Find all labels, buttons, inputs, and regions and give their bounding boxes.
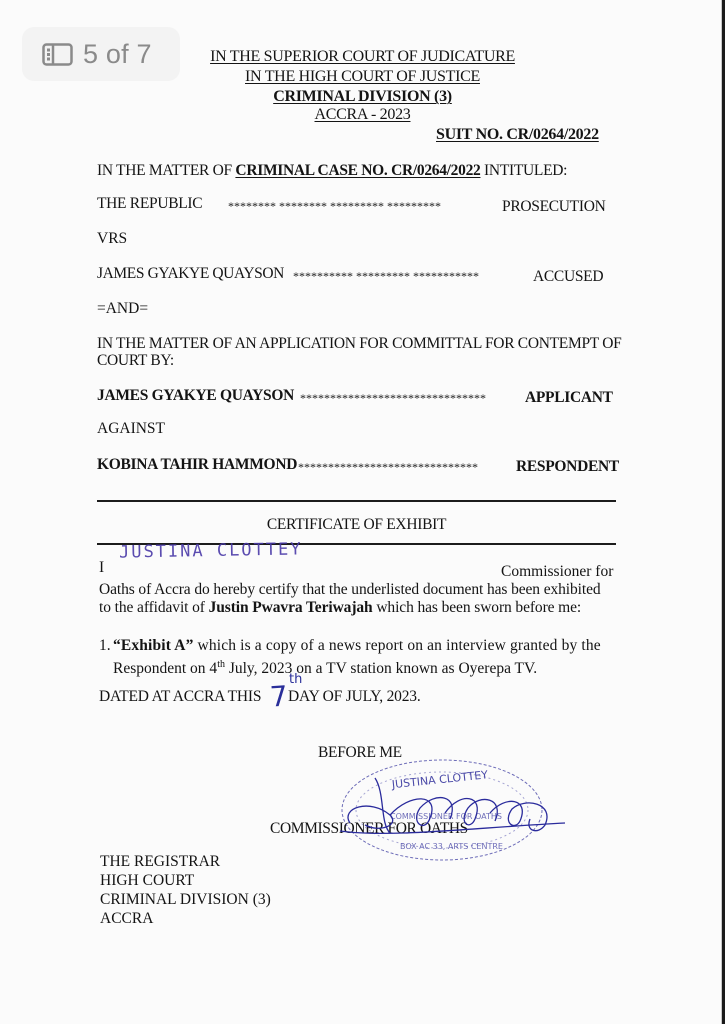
- applicant-name: JAMES GYAKYE QUAYSON: [97, 387, 294, 405]
- dated-suffix: DAY OF JULY, 2023.: [288, 688, 421, 706]
- exhibit-line-2: Respondent on 4th July, 2023 on a TV sta…: [113, 656, 537, 678]
- prosecution-role: PROSECUTION: [502, 198, 606, 216]
- prosecution-name: THE REPUBLIC: [97, 195, 202, 213]
- certificate-i: I: [99, 559, 104, 577]
- suit-number: SUIT NO. CR/0264/2022: [436, 126, 599, 144]
- exhibit-date-superscript: th: [217, 659, 225, 670]
- applicant-stars: *******************************: [300, 389, 486, 407]
- signature-scribble: [340, 778, 565, 833]
- commissioner-name-stamp: JUSTINA CLOTTEY: [119, 539, 303, 562]
- exhibit-label: “Exhibit A”: [113, 637, 193, 654]
- commissioner-for-label: Commissioner for: [501, 563, 613, 581]
- division-title: CRIMINAL DIVISION (3): [0, 88, 725, 106]
- dated-prefix: DATED AT ACCRA THIS: [99, 688, 261, 706]
- respondent-name: KOBINA TAHIR HAMMOND: [97, 456, 297, 474]
- commissioner-seal-stamp: JUSTINA CLOTTEY COMMISSIONER FOR OATHS B…: [330, 753, 570, 868]
- addressee-line-1: THE REGISTRAR: [100, 852, 271, 871]
- application-line-2: COURT BY:: [97, 352, 174, 370]
- respondent-stars: ******************************: [298, 458, 478, 476]
- addressee-line-2: HIGH COURT: [100, 871, 271, 890]
- exhibit-date-suffix: July, 2023 on a TV station known as Oyer…: [225, 660, 537, 677]
- addressee-line-3: CRIMINAL DIVISION (3): [100, 890, 271, 909]
- handwritten-day: 7: [269, 679, 289, 713]
- court-subtitle: IN THE HIGH COURT OF JUSTICE: [0, 68, 725, 86]
- seal-bottom-text: BOX AC 33, ARTS CENTRE: [400, 842, 503, 851]
- against-label: AGAINST: [97, 420, 165, 438]
- exhibit-number: 1.: [99, 637, 111, 655]
- addressee-line-4: ACCRA: [100, 909, 271, 928]
- matter-line: IN THE MATTER OF CRIMINAL CASE NO. CR/02…: [97, 162, 567, 180]
- matter-suffix: INTITULED:: [480, 162, 567, 179]
- certificate-line-3-suffix: which has been sworn before me:: [373, 599, 582, 616]
- accused-name: JAMES GYAKYE QUAYSON: [97, 265, 284, 283]
- exhibit-line-1: “Exhibit A” which is a copy of a news re…: [113, 637, 601, 655]
- matter-prefix: IN THE MATTER OF: [97, 162, 235, 179]
- application-line-1: IN THE MATTER OF AN APPLICATION FOR COMM…: [97, 335, 621, 353]
- applicant-role: APPLICANT: [525, 389, 613, 407]
- location-year: ACCRA - 2023: [0, 106, 725, 124]
- certificate-line-3: to the affidavit of Justin Pwavra Teriwa…: [99, 599, 581, 617]
- versus-label: VRS: [97, 230, 127, 248]
- certificate-line-3-prefix: to the affidavit of: [99, 599, 209, 616]
- addressee-block: THE REGISTRAR HIGH COURT CRIMINAL DIVISI…: [100, 852, 271, 928]
- seal-middle-text: COMMISSIONER FOR OATHS: [390, 812, 502, 821]
- and-separator: =AND=: [97, 300, 148, 318]
- exhibit-description-1: which is a copy of a news report on an i…: [193, 637, 600, 654]
- case-number: CRIMINAL CASE NO. CR/0264/2022: [235, 162, 480, 179]
- certificate-line-2: Oaths of Accra do hereby certify that th…: [99, 581, 601, 599]
- accused-role: ACCUSED: [533, 268, 603, 286]
- prosecution-stars: ******** ******** ********* *********: [228, 197, 441, 215]
- handwritten-day-suffix: th: [289, 672, 302, 687]
- respondent-role: RESPONDENT: [516, 458, 619, 476]
- accused-stars: ********** ********* ***********: [293, 267, 479, 285]
- exhibit-date-prefix: Respondent on 4: [113, 660, 217, 677]
- certificate-title: CERTIFICATE OF EXHIBIT: [97, 516, 616, 534]
- deponent-name: Justin Pwavra Teriwajah: [209, 599, 373, 616]
- court-title: IN THE SUPERIOR COURT OF JUDICATURE: [0, 48, 725, 66]
- divider-top: [97, 500, 616, 502]
